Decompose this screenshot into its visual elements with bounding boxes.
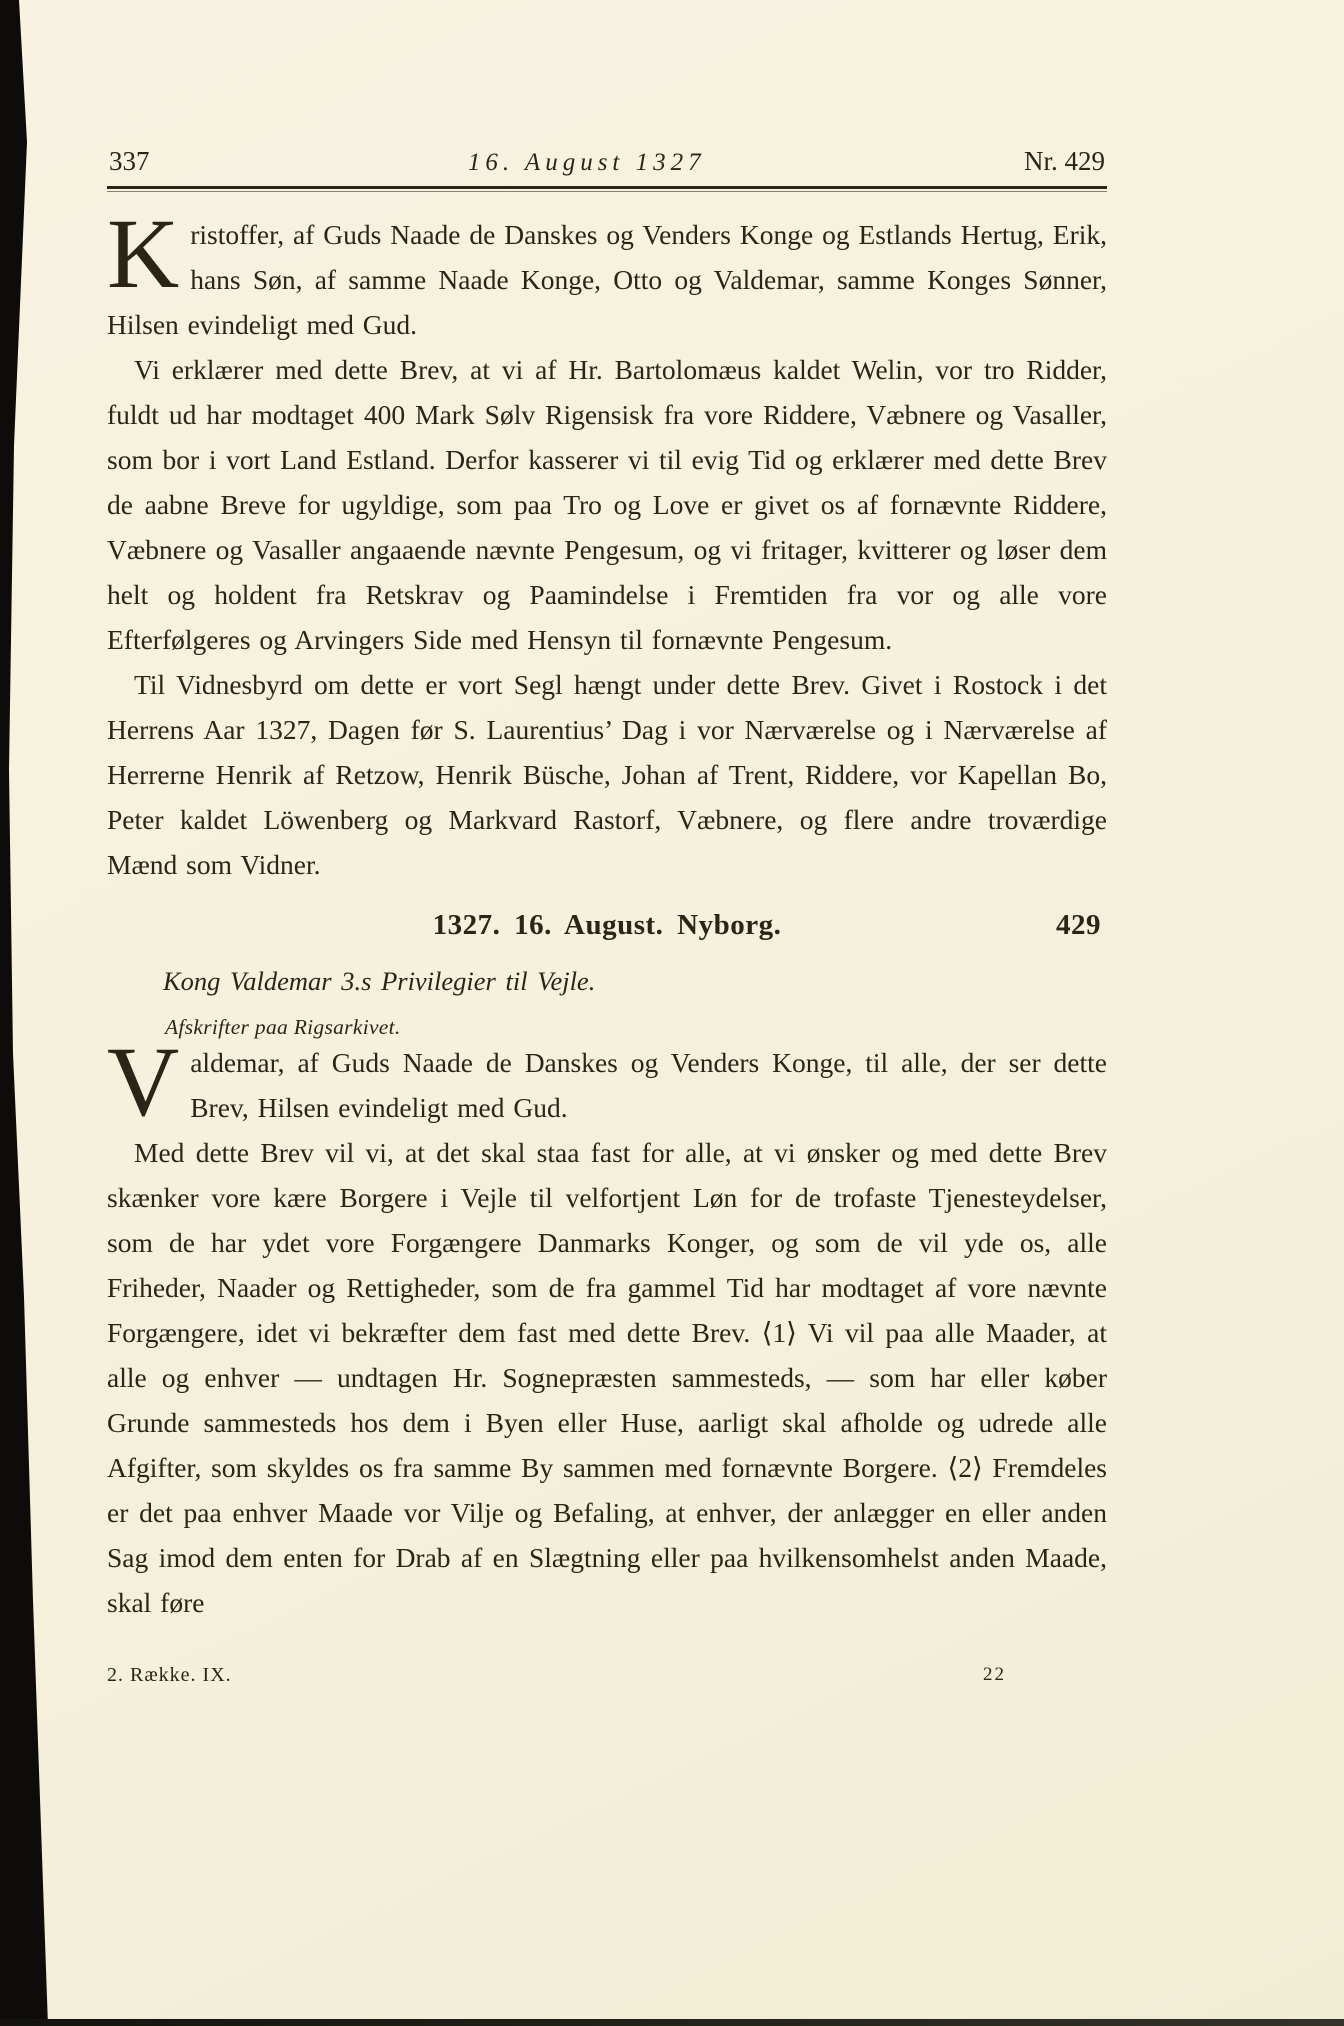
paragraph-text: ristoffer, af Guds Naade de Danskes og V…: [107, 219, 1107, 340]
scan-edge-left: [0, 0, 60, 2026]
series-mark: 2. Række. IX.: [107, 1664, 232, 1686]
drop-cap-v: V: [107, 1040, 190, 1128]
paragraph-witnesses: Til Vidnesbyrd om dette er vort Segl hæn…: [107, 662, 1107, 887]
drop-cap-k: K: [107, 212, 190, 300]
entry-heading-text: 1327. 16. August. Nyborg.: [433, 909, 782, 941]
paragraph-text: aldemar, af Guds Naade de Danskes og Ven…: [190, 1047, 1107, 1123]
header-entry-number: Nr. 429: [1024, 146, 1105, 177]
entry-regest: Kong Valdemar 3.s Privilegier til Vejle.: [163, 966, 1107, 997]
paragraph-quittance: Vi erklærer med dette Brev, at vi af Hr.…: [107, 347, 1107, 662]
entry-margin-number: 429: [1056, 909, 1101, 942]
entry-heading: 1327. 16. August. Nyborg. 429: [107, 909, 1107, 942]
entry-source-note: Afskrifter paa Rigsarkivet.: [165, 1015, 1107, 1040]
paragraph-privileges: Med dette Brev vil vi, at det skal staa …: [107, 1130, 1107, 1625]
page-footer: 2. Række. IX. 22: [107, 1664, 1107, 1687]
paragraph-kristoffer-intro: Kristoffer, af Guds Naade de Danskes og …: [107, 212, 1107, 347]
page-number: 337: [109, 146, 150, 177]
running-title: 16. August 1327: [468, 149, 706, 177]
header-rule: [107, 186, 1107, 192]
page-header: 337 16. August 1327 Nr. 429: [107, 146, 1107, 186]
sheet-number: 22: [983, 1664, 1006, 1686]
book-page-scan: 337 16. August 1327 Nr. 429 Kristoffer, …: [0, 0, 1344, 2026]
scan-edge-bottom: [0, 2019, 1344, 2026]
page-content: 337 16. August 1327 Nr. 429 Kristoffer, …: [107, 146, 1107, 1625]
paragraph-valdemar-intro: Valdemar, af Guds Naade de Danskes og Ve…: [107, 1040, 1107, 1130]
